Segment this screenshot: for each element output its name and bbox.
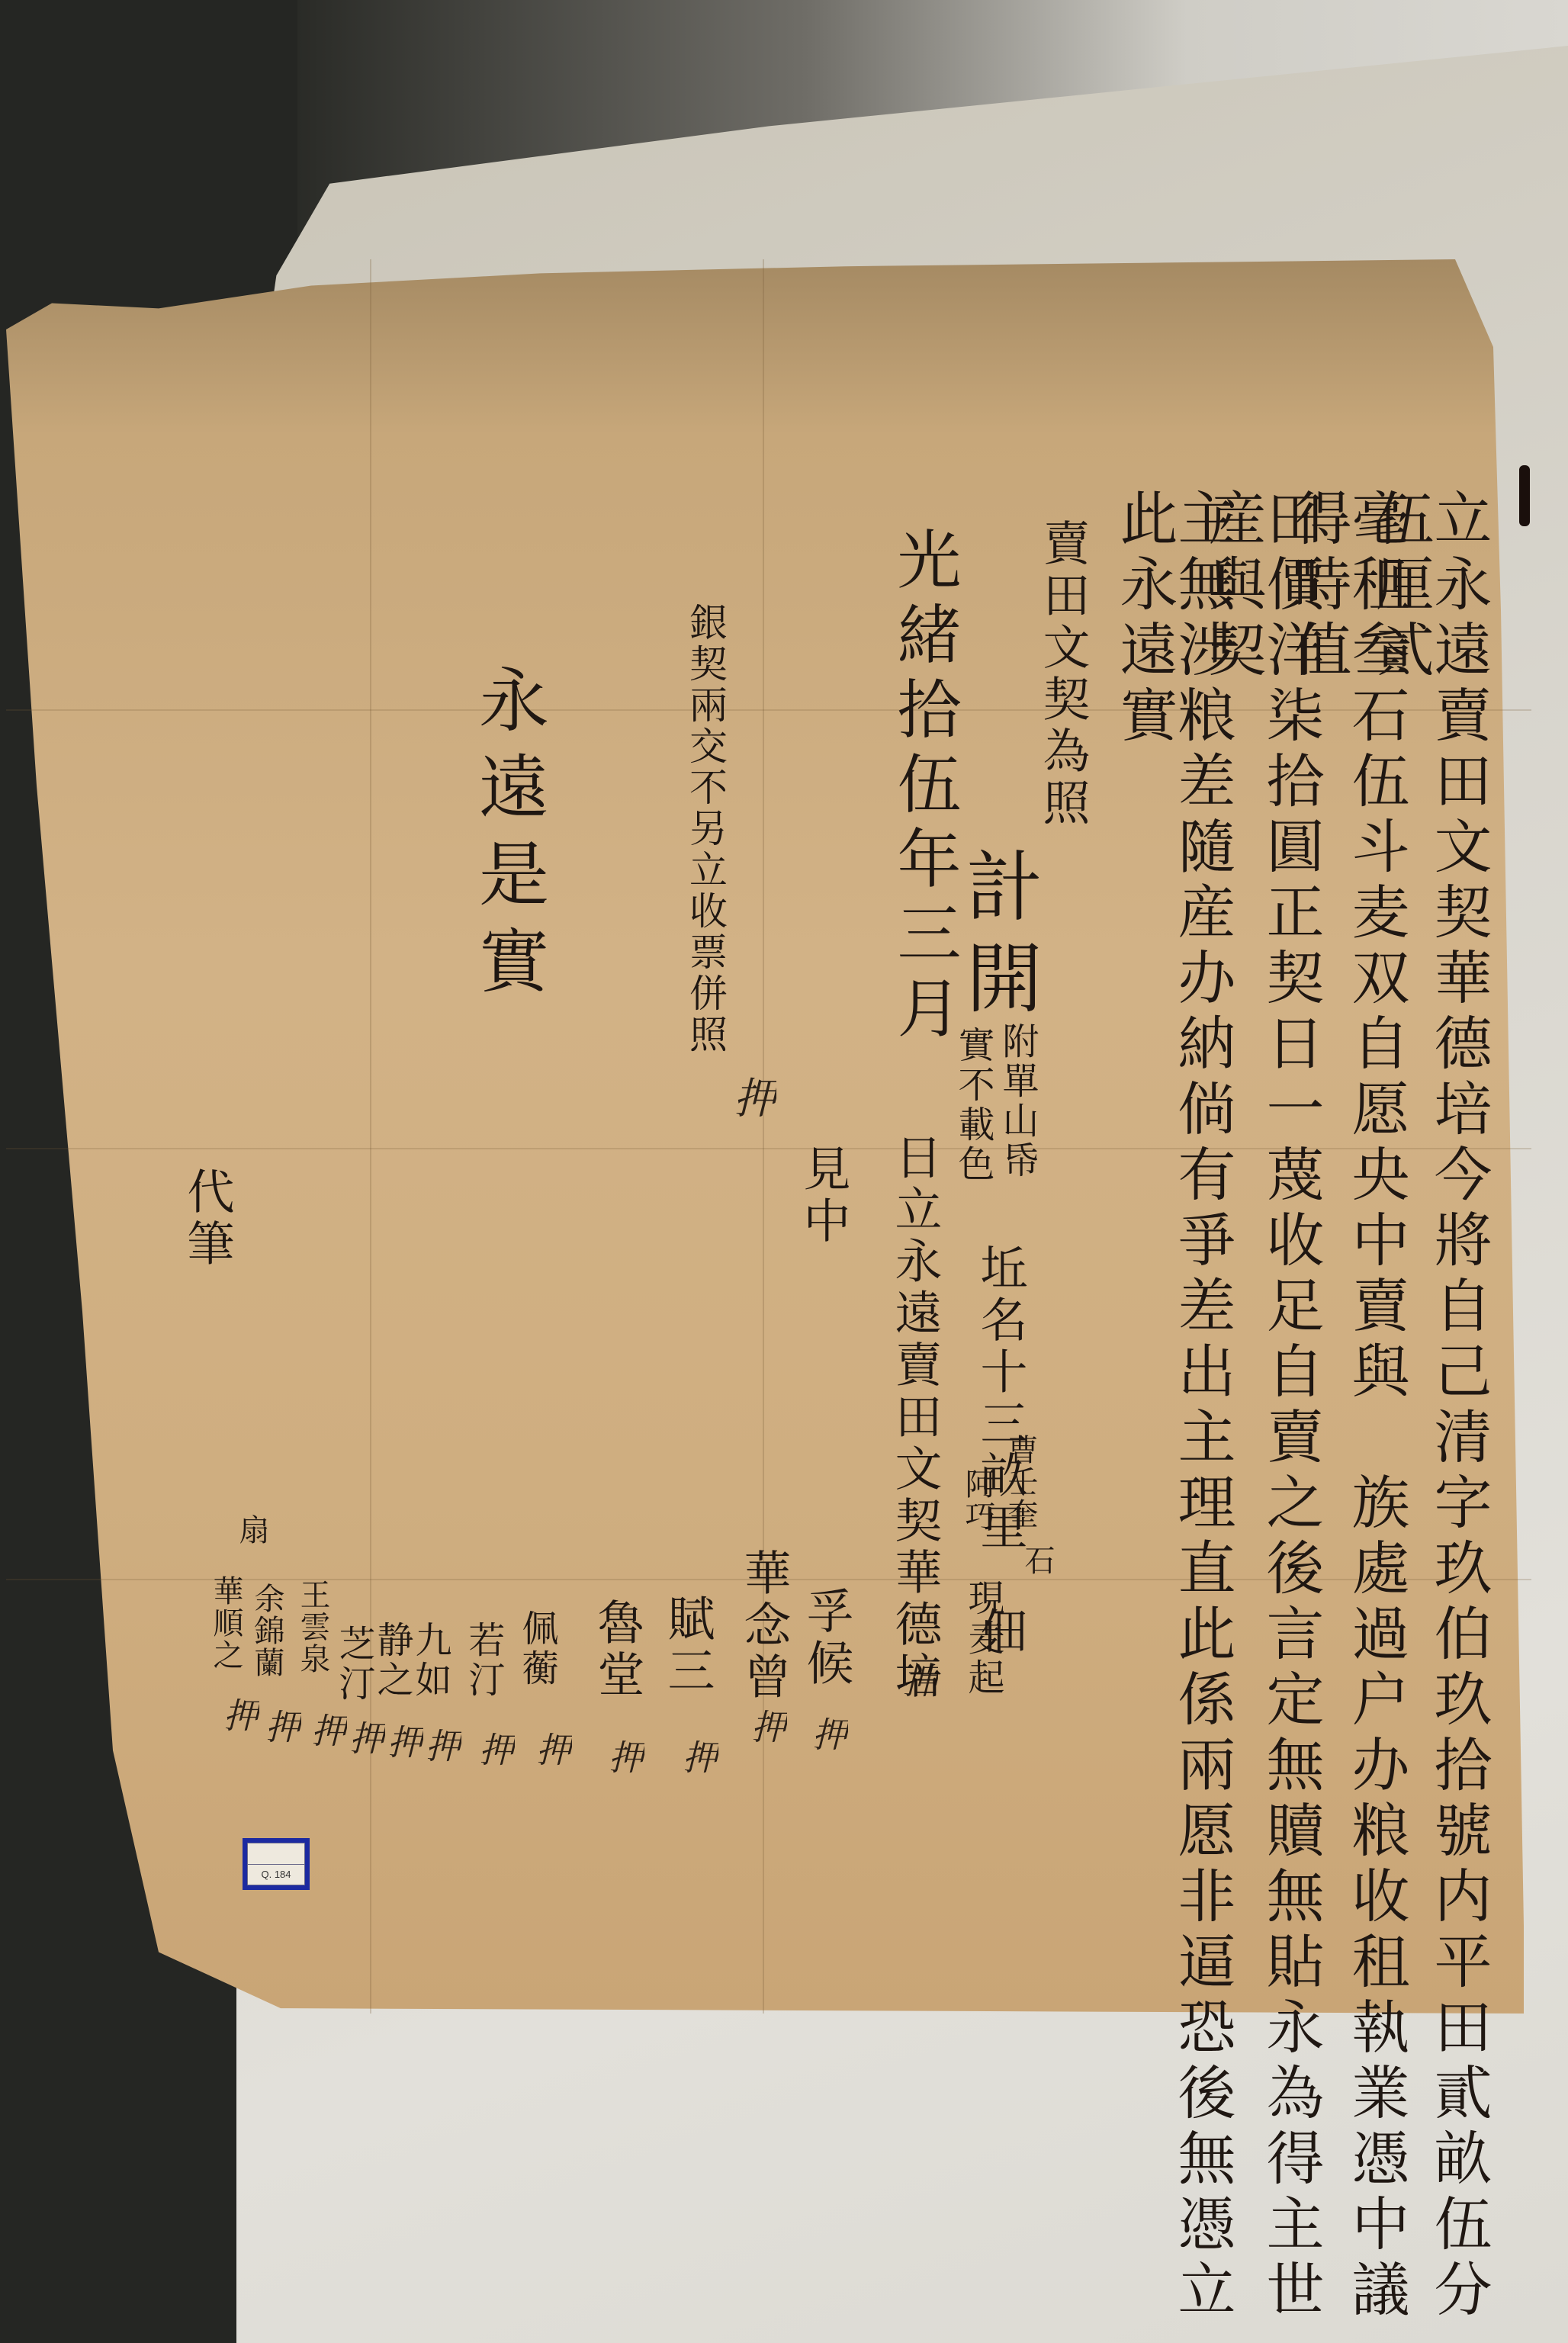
witness-name: 魯堂 <box>593 1598 641 1702</box>
tenant-extra: 石 <box>1022 1544 1052 1576</box>
witness-mark: 押 <box>673 1739 723 1774</box>
seller-signature-line: 日立永遠賣田文契華德培 <box>891 1133 938 1703</box>
witness-mark: 押 <box>802 1716 853 1751</box>
witness-mark: 押 <box>214 1697 264 1732</box>
witness-name: 佩蘅 <box>519 1609 555 1689</box>
attachment-heading: 計開 <box>959 847 1036 1030</box>
body-column-4: 主無涉粮差隨産办納倘有爭差出主理直此係兩愿非逼恐後無憑立此永遠實 <box>1115 488 1231 2343</box>
witness-name: 孚候 <box>802 1586 850 1690</box>
witness-name: 賦三 <box>664 1594 711 1698</box>
tenant-name: 曹壬奎 <box>1005 1434 1036 1530</box>
witness-heading: 見中 <box>799 1144 847 1248</box>
body-column-5: 賣田文契為照 <box>1039 519 1086 830</box>
fold-line <box>763 259 764 2014</box>
catalog-id: Q. 184 <box>248 1865 304 1885</box>
witness-name: 華念曾 <box>740 1548 787 1704</box>
witness-name: 芝汀 <box>336 1625 372 1704</box>
witness-mark: 押 <box>526 1731 577 1766</box>
witness-extra: 扇 <box>236 1514 267 1546</box>
witness-name: 若汀 <box>465 1621 502 1700</box>
catalog-label-blank <box>248 1843 304 1865</box>
closing-phrase: 永遠是實 <box>473 664 543 1011</box>
receipt-note: 銀契兩交不另立收票併照 <box>686 603 725 1056</box>
witness-name: 華順之 <box>210 1575 241 1671</box>
contract-date: 光緒拾伍年三月 <box>892 526 956 1049</box>
witness-name: 余錦蘭 <box>252 1583 282 1679</box>
witness-mark: 押 <box>741 1708 792 1744</box>
attachment-note-right: 附單山帋 <box>999 1022 1036 1181</box>
catalog-label: Q. 184 <box>243 1838 310 1890</box>
ink-stain <box>1519 465 1530 526</box>
witness-mark: 押 <box>301 1712 352 1747</box>
witness-mark: 押 <box>599 1739 649 1774</box>
witness-name: 九如 <box>412 1621 448 1700</box>
seller-mark: 押 <box>892 1663 943 1698</box>
tenant-extra: 現麦起 <box>965 1579 1001 1698</box>
witness-mark: 押 <box>469 1731 519 1766</box>
receipt-mark: 押 <box>721 1075 782 1118</box>
tenant-name: 阿巧 <box>962 1468 993 1532</box>
witness-name: 王雲泉 <box>297 1579 328 1675</box>
attachment-note-left: 實不載色 <box>955 1026 991 1184</box>
scribe-label: 代筆 <box>183 1167 230 1271</box>
witness-name: 静之 <box>374 1621 410 1700</box>
